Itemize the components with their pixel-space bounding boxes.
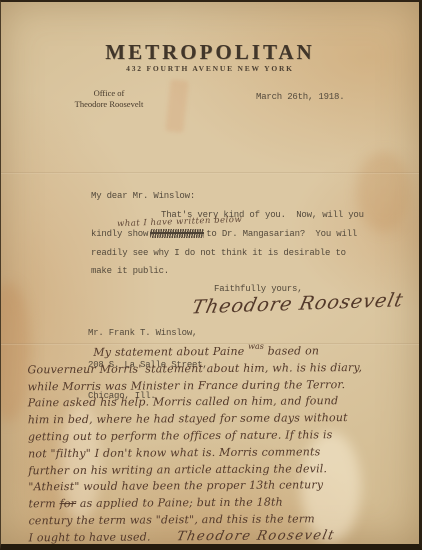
body-line-4: make it public. [91, 266, 169, 276]
note-line-1: My statement about Paine was based on [27, 338, 407, 362]
letterhead-address: 432 FOURTH AVENUE NEW YORK [1, 64, 419, 73]
body-line-2-pre: kindly show [91, 229, 148, 239]
postscript-signature: Theodore Roosevelt [175, 528, 336, 546]
handwritten-postscript: My statement about Paine was based on Go… [27, 338, 408, 547]
office-line2: Theodore Roosevelt [49, 99, 169, 110]
paper-stain [356, 152, 411, 232]
note-line-2: Gouverneur Morris' statement about him, … [27, 359, 407, 378]
office-line1: Office of [49, 88, 169, 99]
fold-crease [1, 172, 419, 174]
struck-word: for [60, 497, 77, 510]
recipient-line1: Mr. Frank T. Winslow, [88, 328, 208, 339]
note-line-12: I ought to have used.Theodore Roosevelt [29, 527, 409, 546]
office-block: Office of Theodore Roosevelt [49, 88, 169, 110]
scribbled-out-word [150, 229, 204, 238]
body-line-2-post: to Dr. Mangasarian? You will [206, 229, 357, 239]
paper-stain [0, 282, 31, 422]
salutation: My dear Mr. Winslow: [91, 191, 195, 201]
body-line-3: readily see why I do not think it is des… [91, 248, 346, 258]
handwritten-insertion: what I have written below [117, 215, 243, 229]
framed-letter-photo: METROPOLITAN 432 FOURTH AVENUE NEW YORK … [0, 0, 422, 550]
date-line: March 26th, 1918. [256, 92, 344, 102]
body-line-2: kindly showto Dr. Mangasarian? You will [91, 229, 357, 239]
superscript-correction: was [248, 342, 264, 351]
letterhead-name: METROPOLITAN [1, 40, 419, 65]
